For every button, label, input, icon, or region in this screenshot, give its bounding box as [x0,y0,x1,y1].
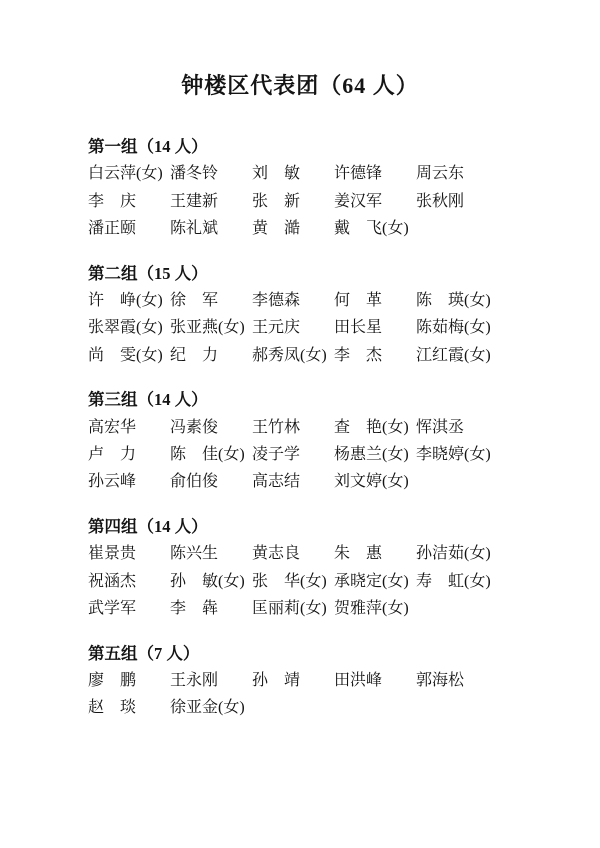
delegate-name: 李 庆 [88,188,170,215]
delegate-name: 陈兴生 [170,540,252,567]
delegate-name: 卢 力 [88,441,170,468]
delegate-name: 崔景贵 [88,540,170,567]
delegate-name: 俞伯俊 [170,468,252,495]
delegate-row: 武学军 李 犇 匡丽莉(女) 贺雅萍(女) [88,595,560,622]
group-4: 第四组（14 人） 崔景贵 陈兴生 黄志良 朱 惠 孙洁茹(女) 祝涵杰 孙 敏… [88,513,560,623]
delegate-name: 潘冬铃 [170,160,252,187]
delegate-name: 廖 鹏 [88,667,170,694]
delegate-name: 田洪峰 [334,667,416,694]
delegate-name: 何 革 [334,287,416,314]
delegate-name: 李 犇 [170,595,252,622]
delegate-name: 李 杰 [334,342,416,369]
delegate-row: 赵 琰 徐亚金(女) [88,694,560,721]
delegate-row: 祝涵杰 孙 敏(女) 张 华(女) 承晓定(女) 寿 虹(女) [88,568,560,595]
delegate-name: 孙云峰 [88,468,170,495]
delegate-row: 白云萍(女) 潘冬铃 刘 敏 许德锋 周云东 [88,160,560,187]
delegate-row: 潘正颐 陈礼斌 黄 澔 戴 飞(女) [88,215,560,242]
group-3: 第三组（14 人） 高宏华 冯素俊 王竹林 查 艳(女) 恽淇丞 卢 力 陈 佳… [88,386,560,496]
delegate-name: 王元庆 [252,314,334,341]
document-page: 钟楼区代表团（64 人） 第一组（14 人） 白云萍(女) 潘冬铃 刘 敏 许德… [0,0,600,848]
delegate-row: 卢 力 陈 佳(女) 凌子学 杨惠兰(女) 李晓婷(女) [88,441,560,468]
group-5: 第五组（7 人） 廖 鹏 王永刚 孙 靖 田洪峰 郭海松 赵 琰 徐亚金(女) [88,640,560,722]
delegate-name: 孙 靖 [252,667,334,694]
delegate-name: 张秋刚 [416,188,498,215]
delegate-name: 杨惠兰(女) [334,441,416,468]
delegate-name: 江红霞(女) [416,342,498,369]
delegate-name: 高志结 [252,468,334,495]
group-2: 第二组（15 人） 许 峥(女) 徐 军 李德森 何 革 陈 瑛(女) 张翠霞(… [88,260,560,370]
delegate-name: 李德森 [252,287,334,314]
delegate-name: 黄 澔 [252,215,334,242]
delegate-name: 李晓婷(女) [416,441,498,468]
group-header: 第五组（7 人） [88,640,560,667]
delegate-name: 郝秀凤(女) [252,342,334,369]
delegate-name: 高宏华 [88,414,170,441]
delegate-row: 崔景贵 陈兴生 黄志良 朱 惠 孙洁茹(女) [88,540,560,567]
delegate-name: 寿 虹(女) [416,568,498,595]
delegate-row: 廖 鹏 王永刚 孙 靖 田洪峰 郭海松 [88,667,560,694]
delegate-name: 张 华(女) [252,568,334,595]
delegate-list: 第一组（14 人） 白云萍(女) 潘冬铃 刘 敏 许德锋 周云东 李 庆 王建新… [88,133,560,722]
delegate-name: 赵 琰 [88,694,170,721]
delegate-name: 贺雅萍(女) [334,595,416,622]
delegate-name: 王建新 [170,188,252,215]
delegate-name: 尚 雯(女) [88,342,170,369]
delegate-row: 孙云峰 俞伯俊 高志结 刘文婷(女) [88,468,560,495]
delegate-row: 李 庆 王建新 张 新 姜汉军 张秋刚 [88,188,560,215]
delegate-name: 匡丽莉(女) [252,595,334,622]
delegate-name: 姜汉军 [334,188,416,215]
delegate-name: 徐 军 [170,287,252,314]
delegate-name: 武学军 [88,595,170,622]
delegate-name: 祝涵杰 [88,568,170,595]
delegate-name: 王竹林 [252,414,334,441]
delegate-name: 恽淇丞 [416,414,498,441]
delegate-name: 冯素俊 [170,414,252,441]
delegate-name: 孙 敏(女) [170,568,252,595]
delegate-name: 郭海松 [416,667,498,694]
delegate-name: 田长星 [334,314,416,341]
group-header: 第三组（14 人） [88,386,560,413]
delegate-name: 许德锋 [334,160,416,187]
delegate-name: 张翠霞(女) [88,314,170,341]
delegate-row: 许 峥(女) 徐 军 李德森 何 革 陈 瑛(女) [88,287,560,314]
delegate-name: 张 新 [252,188,334,215]
delegate-name: 陈礼斌 [170,215,252,242]
delegate-row: 尚 雯(女) 纪 力 郝秀凤(女) 李 杰 江红霞(女) [88,342,560,369]
delegate-name: 纪 力 [170,342,252,369]
delegate-name: 徐亚金(女) [170,694,252,721]
delegate-name: 刘文婷(女) [334,468,416,495]
delegate-name: 陈 佳(女) [170,441,252,468]
delegate-name: 王永刚 [170,667,252,694]
delegate-name: 张亚燕(女) [170,314,252,341]
delegate-name: 朱 惠 [334,540,416,567]
delegate-row: 张翠霞(女) 张亚燕(女) 王元庆 田长星 陈茹梅(女) [88,314,560,341]
group-header: 第一组（14 人） [88,133,560,160]
delegate-row: 高宏华 冯素俊 王竹林 查 艳(女) 恽淇丞 [88,414,560,441]
delegate-name: 潘正颐 [88,215,170,242]
delegate-name: 黄志良 [252,540,334,567]
delegate-name: 孙洁茹(女) [416,540,498,567]
page-title: 钟楼区代表团（64 人） [0,0,600,100]
delegate-name: 陈 瑛(女) [416,287,498,314]
delegate-name: 凌子学 [252,441,334,468]
delegate-name: 周云东 [416,160,498,187]
delegate-name: 许 峥(女) [88,287,170,314]
delegate-name: 承晓定(女) [334,568,416,595]
delegate-name: 白云萍(女) [88,160,170,187]
delegate-name: 刘 敏 [252,160,334,187]
delegate-name: 戴 飞(女) [334,215,416,242]
delegate-name: 查 艳(女) [334,414,416,441]
group-header: 第二组（15 人） [88,260,560,287]
group-header: 第四组（14 人） [88,513,560,540]
delegate-name: 陈茹梅(女) [416,314,498,341]
group-1: 第一组（14 人） 白云萍(女) 潘冬铃 刘 敏 许德锋 周云东 李 庆 王建新… [88,133,560,243]
